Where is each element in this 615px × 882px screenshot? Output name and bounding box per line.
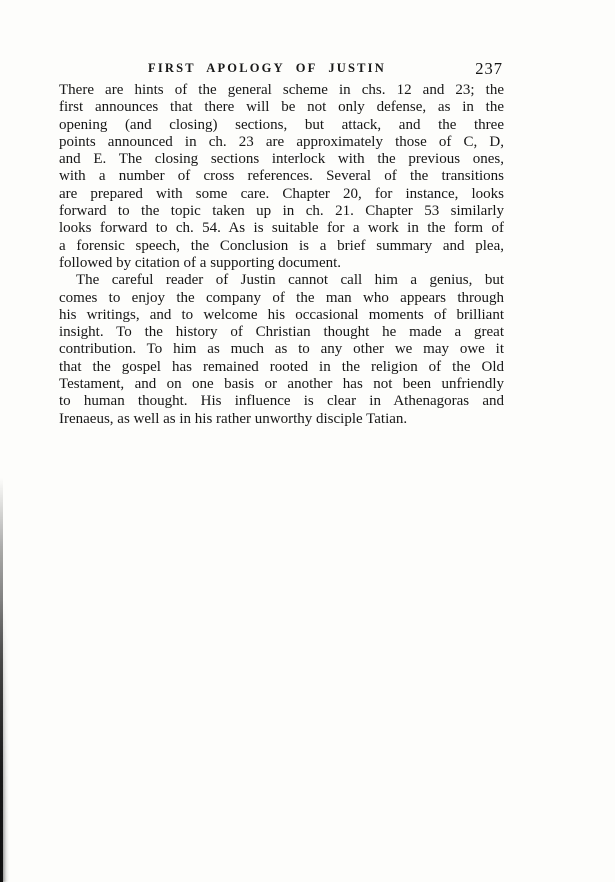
text-line: a forensic speech, the Conclusion is a b…: [59, 238, 504, 255]
text-line: comes to enjoy the company of the man wh…: [59, 290, 504, 307]
text-line: There are hints of the general scheme in…: [59, 82, 504, 99]
page-number: 237: [475, 59, 503, 79]
text-line: his writings, and to welcome his occasio…: [59, 307, 504, 324]
running-head-title: FIRST APOLOGY OF JUSTIN: [59, 61, 475, 76]
running-head: FIRST APOLOGY OF JUSTIN 237: [59, 59, 503, 79]
text-line: forward to the topic taken up in ch. 21.…: [59, 203, 504, 220]
text-line: Irenaeus, as well as in his rather unwor…: [59, 411, 504, 428]
text-line: Testament, and on one basis or another h…: [59, 376, 504, 393]
text-line: with a number of cross references. Sever…: [59, 168, 504, 185]
scanned-book-page: FIRST APOLOGY OF JUSTIN 237 There are hi…: [0, 0, 615, 882]
binding-edge-shadow-fuzz: [0, 600, 9, 882]
text-line: to human thought. His influence is clear…: [59, 393, 504, 410]
text-line: first announces that there will be not o…: [59, 99, 504, 116]
text-line: are prepared with some care. Chapter 20,…: [59, 186, 504, 203]
text-line: followed by citation of a supporting doc…: [59, 255, 504, 272]
text-line: insight. To the history of Christian tho…: [59, 324, 504, 341]
text-line: points announced in ch. 23 are approxima…: [59, 134, 504, 151]
text-line: opening (and closing) sections, but atta…: [59, 117, 504, 134]
page-text: There are hints of the general scheme in…: [59, 82, 504, 428]
text-line: The careful reader of Justin cannot call…: [59, 272, 504, 289]
text-line: looks forward to ch. 54. As is suitable …: [59, 220, 504, 237]
text-line: contribution. To him as much as to any o…: [59, 341, 504, 358]
text-line: and E. The closing sections interlock wi…: [59, 151, 504, 168]
text-line: that the gospel has remained rooted in t…: [59, 359, 504, 376]
